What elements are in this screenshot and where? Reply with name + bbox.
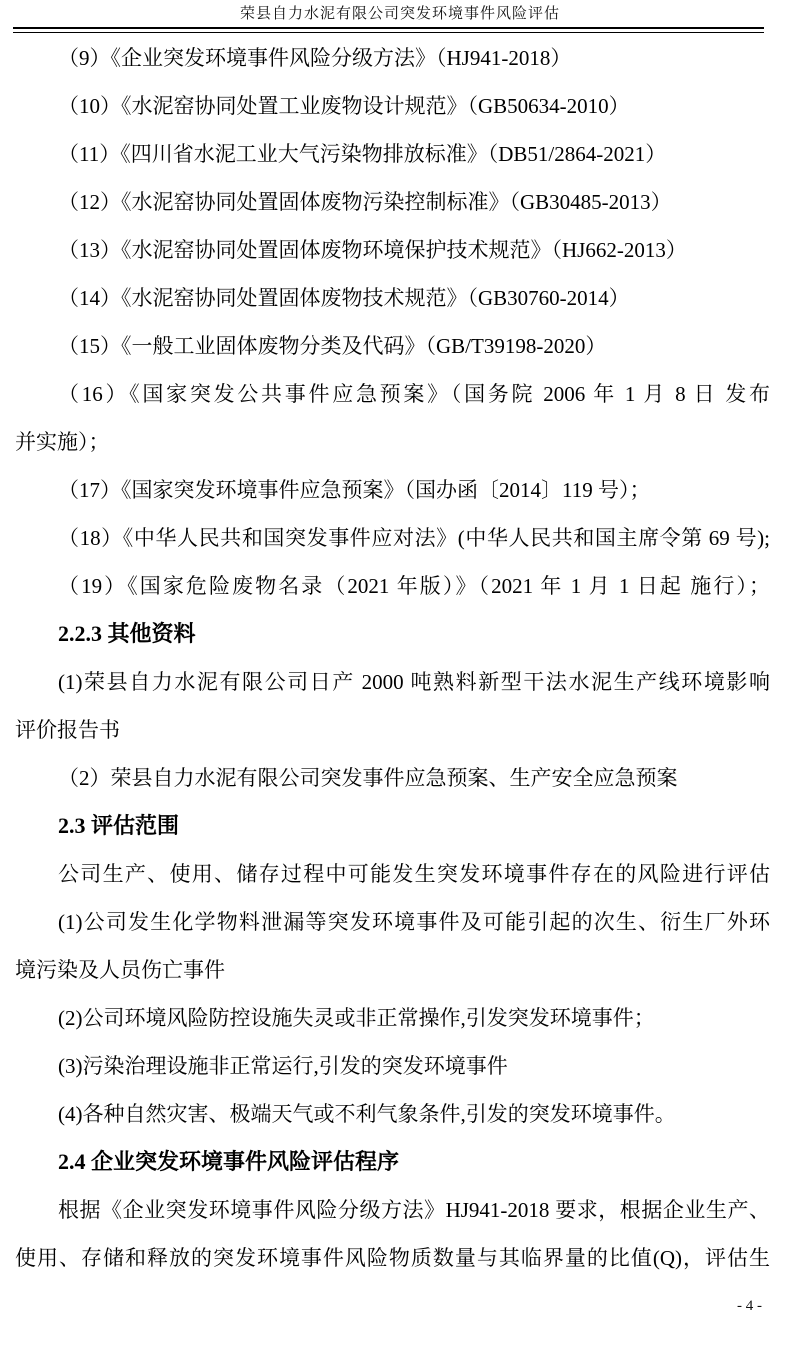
paragraph-line: （18）《中华人民共和国突发事件应对法》(中华人民共和国主席令第 69 号); — [15, 514, 770, 562]
section-heading: 2.3 评估范围 — [15, 802, 770, 850]
paragraph-line: （14）《水泥窑协同处置固体废物技术规范》（GB30760-2014） — [15, 274, 770, 322]
document-body: （9）《企业突发环境事件风险分级方法》（HJ941-2018）（10）《水泥窑协… — [0, 34, 800, 1282]
paragraph-line: 使用、存储和释放的突发环境事件风险物质数量与其临界量的比值(Q)，评估生 — [15, 1234, 770, 1282]
paragraph-line: (1)荣县自力水泥有限公司日产 2000 吨熟料新型干法水泥生产线环境影响 — [15, 658, 770, 706]
paragraph-line: （12）《水泥窑协同处置固体废物污染控制标准》（GB30485-2013） — [15, 178, 770, 226]
paragraph-line: （9）《企业突发环境事件风险分级方法》（HJ941-2018） — [15, 34, 770, 82]
page-header: 荣县自力水泥有限公司突发环境事件风险评估 — [0, 0, 800, 33]
paragraph-line: 公司生产、使用、储存过程中可能发生突发环境事件存在的风险进行评估 — [15, 850, 770, 898]
paragraph-line: （13）《水泥窑协同处置固体废物环境保护技术规范》（HJ662-2013） — [15, 226, 770, 274]
paragraph-line: (1)公司发生化学物料泄漏等突发环境事件及可能引起的次生、衍生厂外环 — [15, 898, 770, 946]
page-footer: - 4 - — [737, 1298, 762, 1315]
paragraph-line: (4)各种自然灾害、极端天气或不利气象条件,引发的突发环境事件。 — [15, 1090, 770, 1138]
header-rule — [13, 27, 764, 33]
section-heading: 2.4 企业突发环境事件风险评估程序 — [15, 1138, 770, 1186]
paragraph-line: (3)污染治理设施非正常运行,引发的突发环境事件 — [15, 1042, 770, 1090]
paragraph-line: 并实施）； — [15, 418, 770, 466]
paragraph-line: （19）《国家危险废物名录（2021 年版）》（2021 年 1 月 1 日起 … — [15, 562, 770, 610]
paragraph-line: 境污染及人员伤亡事件 — [15, 946, 770, 994]
paragraph-line: (2)公司环境风险防控设施失灵或非正常操作,引发突发环境事件； — [15, 994, 770, 1042]
paragraph-line: （17）《国家突发环境事件应急预案》（国办函〔2014〕119 号）； — [15, 466, 770, 514]
paragraph-line: （16）《国家突发公共事件应急预案》（国务院 2006 年 1 月 8 日 发布 — [15, 370, 770, 418]
paragraph-line: 根据《企业突发环境事件风险分级方法》HJ941-2018 要求，根据企业生产、 — [15, 1186, 770, 1234]
paragraph-line: （11）《四川省水泥工业大气污染物排放标准》（DB51/2864-2021） — [15, 130, 770, 178]
header-title: 荣县自力水泥有限公司突发环境事件风险评估 — [0, 0, 800, 25]
page-number: - 4 - — [737, 1298, 762, 1314]
paragraph-line: （2）荣县自力水泥有限公司突发事件应急预案、生产安全应急预案 — [15, 754, 770, 802]
paragraph-line: （10）《水泥窑协同处置工业废物设计规范》（GB50634-2010） — [15, 82, 770, 130]
paragraph-line: 评价报告书 — [15, 706, 770, 754]
document-page: 荣县自力水泥有限公司突发环境事件风险评估 （9）《企业突发环境事件风险分级方法》… — [0, 0, 800, 1353]
section-heading: 2.2.3 其他资料 — [15, 610, 770, 658]
paragraph-line: （15）《一般工业固体废物分类及代码》（GB/T39198-2020） — [15, 322, 770, 370]
